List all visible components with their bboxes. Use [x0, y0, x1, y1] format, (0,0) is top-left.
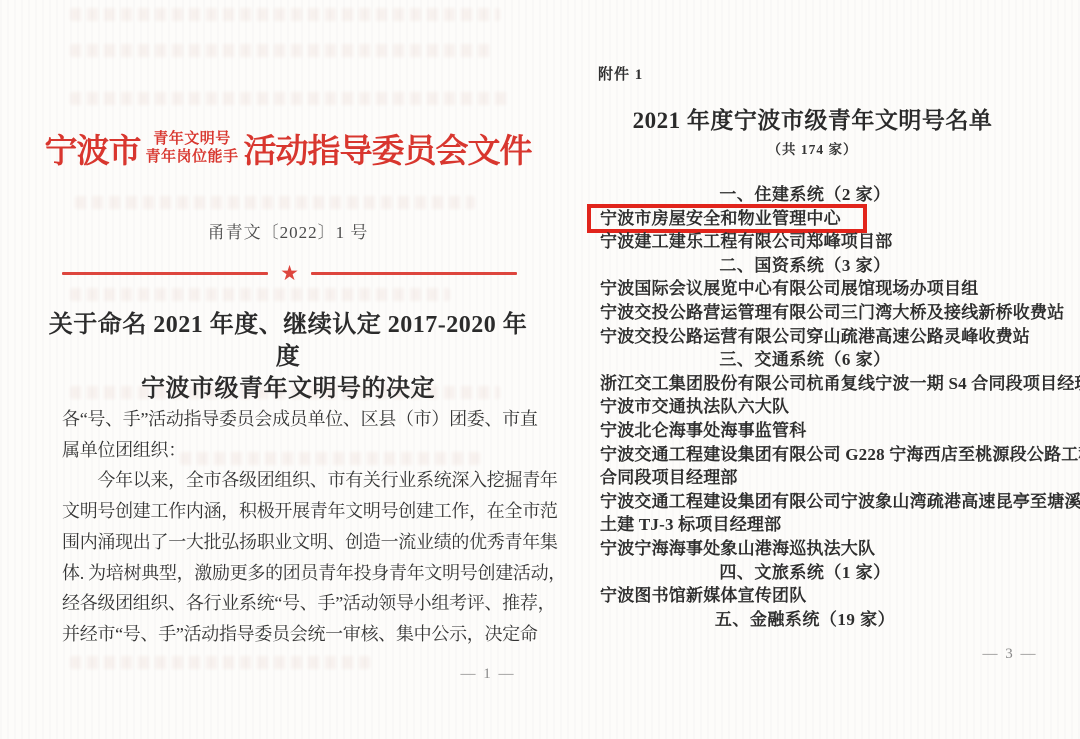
list-item: 土建 TJ-3 标项目经理部 [600, 513, 1010, 537]
list-item: 宁波国际会议展览中心有限公司展馆现场办项目组 [600, 277, 1010, 301]
bleedthrough-artifact [70, 8, 500, 21]
bleedthrough-artifact [70, 656, 370, 669]
document-title-line1: 关于命名 2021 年度、继续认定 2017-2020 年度 [40, 309, 536, 373]
list-item: 宁波交投公路营运管理有限公司三门湾大桥及接线新桥收费站 [600, 301, 1010, 325]
list-item: 合同段项目经理部 [600, 466, 1010, 490]
body-line: 经各级团组织、各行业系统“号、手”活动领导小组考评、推荐， [62, 588, 524, 619]
list-item: 宁波图书馆新媒体宣传团队 [600, 584, 1010, 608]
body-line: 体. 为培树典型，激励更多的团员青年投身青年文明号创建活动， [62, 558, 524, 589]
document-title: 关于命名 2021 年度、继续认定 2017-2020 年度 宁波市级青年文明号… [40, 309, 536, 405]
body-line: 各“号、手”活动指导委员会成员单位、区县（市）团委、市直 [62, 404, 524, 435]
body-line: 围内涌现出了一大批弘扬职业文明、创造一流业绩的优秀青年集 [62, 527, 524, 558]
bleedthrough-artifact [75, 196, 475, 209]
section-heading: 三、交通系统（6 家） [600, 348, 1010, 372]
section-heading: 一、住建系统（2 家） [600, 183, 1010, 207]
body-text: 各“号、手”活动指导委员会成员单位、区县（市）团委、市直属单位团组织： 今年以来… [62, 404, 524, 650]
body-line: 文明号创建工作内涵，积极开展青年文明号创建工作，在全市范 [62, 496, 524, 527]
page-number-left: — 1 — [408, 666, 568, 683]
header-city-name: 宁波市 [45, 125, 141, 172]
attachment-label: 附件 1 [598, 63, 643, 84]
header-committee-name: 活动指导委员会文件 [244, 125, 532, 172]
award-list: 一、住建系统（2 家）宁波市房屋安全和物业管理中心宁波建工建乐工程有限公司郑峰项… [600, 183, 1010, 631]
page-left: 宁波市 青年文明号 青年岗位能手 活动指导委员会文件 甬青文〔2022〕1 号 … [0, 0, 545, 739]
list-item: 宁波交通工程建设集团有限公司宁波象山湾疏港高速昆亭至塘溪段工程 [600, 490, 1010, 514]
list-item: 宁波交投公路运营有限公司穿山疏港高速公路灵峰收费站 [600, 325, 1010, 349]
header-stacked-line2: 青年岗位能手 [146, 148, 239, 166]
body-line: 并经市“号、手”活动指导委员会统一审核、集中公示，决定命 [62, 619, 524, 650]
bleedthrough-artifact [70, 44, 490, 57]
list-item: 宁波交通工程建设集团有限公司 G228 宁海西店至桃源段公路工程第二 [600, 443, 1010, 467]
page-number-right: — 3 — [930, 646, 1080, 663]
body-line: 属单位团组织： [62, 435, 524, 466]
document-number: 甬青文〔2022〕1 号 [58, 218, 518, 243]
header-stacked-line1: 青年文明号 [153, 130, 231, 148]
document-title-line2: 宁波市级青年文明号的决定 [40, 373, 536, 405]
issuing-authority-header: 宁波市 青年文明号 青年岗位能手 活动指导委员会文件 [58, 122, 518, 174]
red-divider: ★ [62, 262, 517, 284]
page-right: 附件 1 2021 年度宁波市级青年文明号名单 （共 174 家） 一、住建系统… [545, 0, 1080, 739]
body-line: 今年以来，全市各级团组织、市有关行业系统深入挖掘青年 [62, 465, 524, 496]
list-title: 2021 年度宁波市级青年文明号名单 [570, 102, 1055, 135]
star-icon: ★ [280, 263, 299, 284]
divider-line-left [62, 272, 268, 275]
section-heading: 五、金融系统（19 家） [600, 608, 1010, 632]
header-stacked-titles: 青年文明号 青年岗位能手 [146, 130, 239, 166]
list-item: 宁波市房屋安全和物业管理中心 [600, 207, 1010, 231]
list-item: 宁波市交通执法队六大队 [600, 395, 1010, 419]
bleedthrough-artifact [70, 288, 450, 301]
highlight-box [587, 204, 867, 233]
divider-line-right [311, 272, 517, 275]
list-subtitle: （共 174 家） [570, 138, 1055, 158]
section-heading: 二、国资系统（3 家） [600, 254, 1010, 278]
list-item: 宁波建工建乐工程有限公司郑峰项目部 [600, 230, 1010, 254]
document-scan: 宁波市 青年文明号 青年岗位能手 活动指导委员会文件 甬青文〔2022〕1 号 … [0, 0, 1080, 739]
bleedthrough-artifact [70, 92, 510, 105]
list-item: 浙江交工集团股份有限公司杭甬复线宁波一期 S4 合同段项目经理部 [600, 372, 1010, 396]
list-item: 宁波北仑海事处海事监管科 [600, 419, 1010, 443]
list-item: 宁波宁海海事处象山港海巡执法大队 [600, 537, 1010, 561]
section-heading: 四、文旅系统（1 家） [600, 561, 1010, 585]
